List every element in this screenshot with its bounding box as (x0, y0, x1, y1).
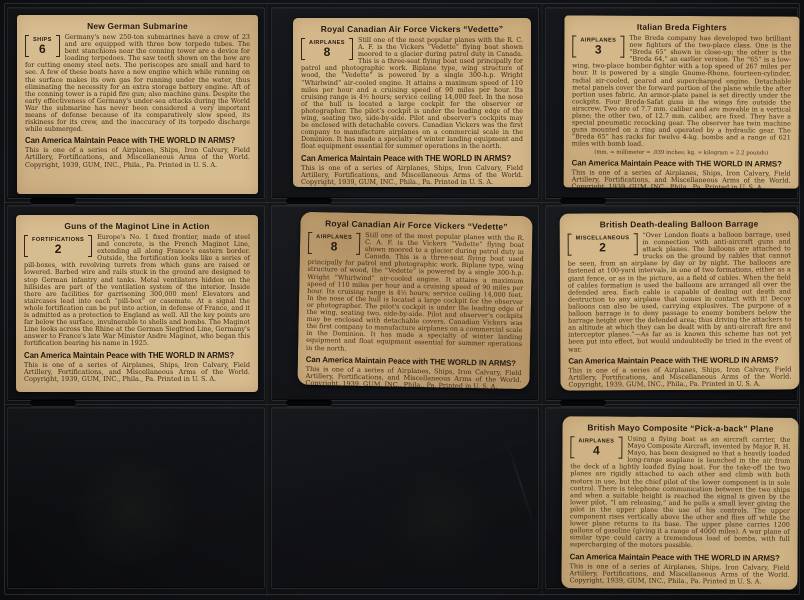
card-title: Royal Canadian Air Force Vickers “Vedett… (308, 218, 524, 232)
pocket-notch (560, 400, 606, 406)
card-footer: This is one of a series of Airplanes, Sh… (25, 147, 250, 168)
bracket-close-glyph (618, 437, 622, 459)
card-pocket-empty (7, 407, 265, 589)
card-number: 8 (324, 46, 331, 58)
card-number-bracket: AIRPLANES 3 (572, 35, 624, 57)
card-slogan: Can America Maintain Peace with THE WORL… (25, 136, 250, 145)
card-conversion-note: (mm. = millimeter = .039 inches; kg. = k… (572, 149, 791, 156)
pocket-notch (30, 198, 76, 204)
card-number-bracket: SHIPS 6 (25, 35, 60, 57)
card-number-bracket: AIRPLANES 8 (308, 232, 360, 255)
card-airplanes-8-copy1: Royal Canadian Air Force Vickers “Vedett… (293, 18, 531, 187)
card-number: 2 (599, 242, 606, 254)
pocket-seam-vertical (266, 4, 268, 596)
card-footer: This is one of a series of Airplanes, Sh… (24, 362, 250, 383)
card-title: British Death-dealing Balloon Barrage (568, 218, 791, 229)
card-footer: This is one of a series of Airplanes, Sh… (301, 165, 523, 186)
card-airplanes-4: British Mayo Composite “Pick-a-back” Pla… (561, 416, 798, 590)
card-footer: This is one of a series of Airplanes, Sh… (569, 563, 789, 586)
card-pocket-empty (271, 407, 539, 589)
bracket-close-glyph (88, 235, 92, 257)
card-airplanes-8-copy2: Royal Canadian Air Force Vickers “Vedett… (297, 212, 532, 389)
card-title: Guns of the Maginot Line in Action (24, 221, 250, 231)
pocket-seam-vertical (541, 4, 543, 596)
bracket-close-glyph (56, 35, 60, 57)
card-slogan: Can America Maintain Peace with THE WORL… (570, 552, 790, 563)
bracket-close-glyph (349, 38, 353, 60)
pocket-notch (560, 198, 606, 204)
card-miscellaneous-2: British Death-dealing Balloon Barrage MI… (560, 212, 800, 390)
card-number-bracket: AIRPLANES 8 (301, 38, 353, 60)
card-number: 8 (331, 241, 338, 253)
card-slogan: Can America Maintain Peace with THE WORL… (572, 158, 791, 168)
pocket-seam-horizontal (4, 403, 800, 406)
card-number-bracket: AIRPLANES 4 (570, 436, 622, 458)
pocket-notch (30, 400, 76, 406)
pocket-notch (286, 400, 332, 406)
bracket-close-glyph (620, 36, 624, 58)
card-title: Italian Breda Fighters (572, 21, 791, 32)
card-number: 2 (55, 243, 62, 255)
card-ships-6: New German Submarine SHIPS 6 Germany's n… (17, 15, 258, 194)
card-fortifications-2: Guns of the Maginot Line in Action FORTI… (16, 215, 258, 392)
card-number-bracket: MISCELLANEOUS 2 (568, 233, 638, 255)
card-number-bracket: FORTIFICATIONS 2 (24, 235, 92, 257)
card-slogan: Can America Maintain Peace with THE WORL… (24, 351, 250, 360)
card-airplanes-3: Italian Breda Fighters AIRPLANES 3 The B… (564, 15, 800, 188)
bracket-close-glyph (356, 233, 360, 255)
pocket-notch (286, 198, 332, 204)
pocket-seam-horizontal (4, 201, 800, 204)
card-number: 3 (595, 44, 602, 56)
card-footer: This is one of a series of Airplanes, Sh… (568, 366, 791, 388)
card-title: New German Submarine (25, 21, 250, 31)
card-slogan: Can America Maintain Peace with THE WORL… (568, 355, 791, 365)
bracket-close-glyph (633, 233, 637, 255)
card-number: 6 (39, 43, 46, 55)
card-title: British Mayo Composite “Pick-a-back” Pla… (570, 422, 790, 434)
card-slogan: Can America Maintain Peace with THE WORL… (301, 154, 523, 163)
card-title: Royal Canadian Air Force Vickers “Vedett… (301, 24, 523, 34)
card-number: 4 (593, 445, 600, 457)
card-footer: This is one of a series of Airplanes, Sh… (572, 169, 791, 189)
